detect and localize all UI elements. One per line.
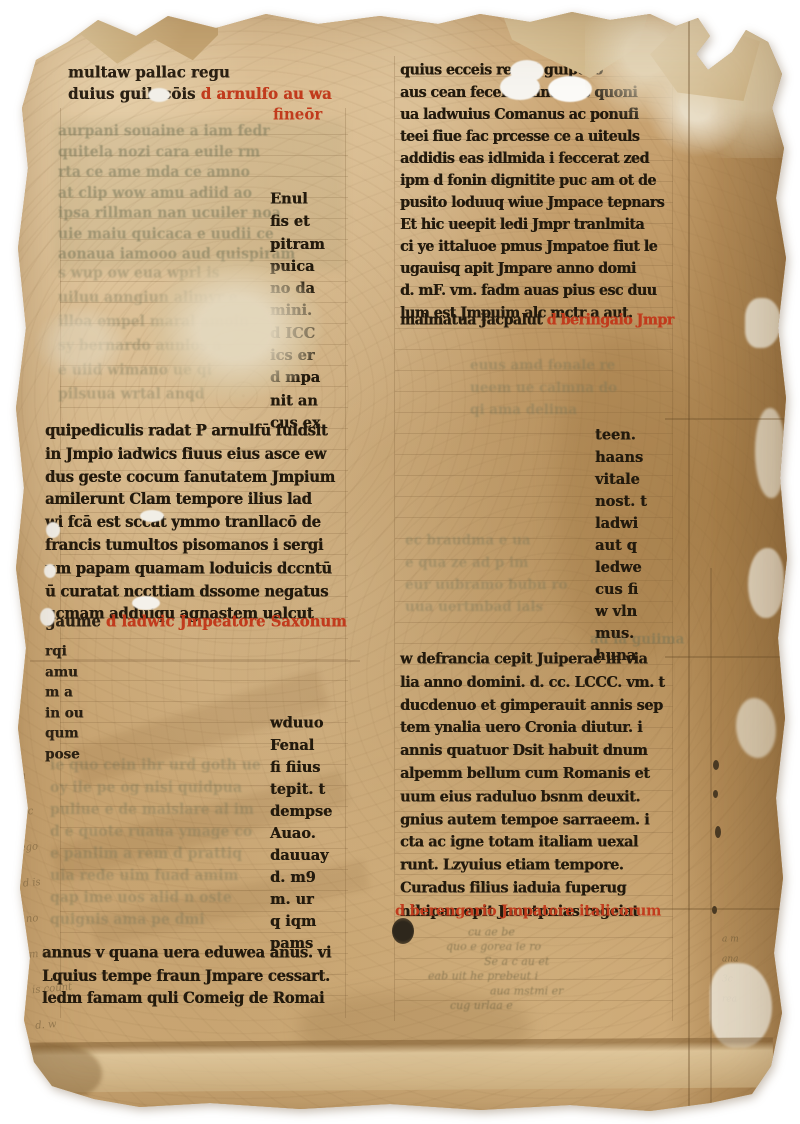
text-line: annis quatuor Dsit habuit dnum — [400, 740, 665, 763]
right-margin-scribbles: a mana3crea — [722, 930, 739, 1010]
text-line: e uiid wimano ue qi — [58, 359, 249, 383]
text-line: Enul — [270, 188, 325, 210]
text-line: Se a c au et — [484, 954, 563, 969]
text-line: Lquius tempe fraun Jmpare cessart. — [42, 965, 331, 988]
text-line: dempse — [270, 800, 332, 822]
text-line: in ou — [45, 703, 83, 723]
corner-mark: c — [680, 30, 694, 46]
text-line: cus fi — [595, 578, 647, 600]
text-line: fi fiius — [270, 756, 332, 778]
text-line: ladwi — [595, 512, 647, 534]
text-line: ego — [18, 828, 61, 867]
text-line: uua uertmbad ials — [405, 596, 567, 618]
text-line: ueem ue calmna do — [470, 377, 617, 399]
text-line: rqi — [45, 642, 83, 662]
abrasion-patch — [736, 698, 776, 758]
wormhole-small — [713, 760, 719, 770]
text-line: Curadus filius iaduia fuperug — [400, 877, 665, 900]
text-line: ua ladwuius Comanus ac ponufi — [400, 104, 664, 126]
text-line: aurpani souaine a iam fedr — [58, 122, 295, 142]
text-line: aua mstmi er — [490, 984, 563, 999]
text-line: d. w — [34, 1005, 77, 1044]
text-line: euus amd fonale re — [470, 355, 617, 377]
left-column-dark-fragments: wduuoFenalfi fiiustepit. tdempseAuao.dau… — [270, 712, 332, 955]
right-column-annotations: cu ae bequo e gorea ie roSe a c au eteab… — [420, 925, 563, 1013]
text-line: quo e gorea ie ro — [446, 940, 563, 955]
text-line: cu ae be — [468, 925, 563, 940]
left-column-faded-block: aurpani souaine a iam fedrquitela nozi c… — [58, 122, 295, 265]
text-line: tepit. t — [270, 778, 332, 800]
text-line: pilsuua wrtal anqd — [58, 383, 249, 407]
text-line: vitale — [595, 468, 647, 490]
text-line: uiluu anngiun alimyr e — [58, 286, 249, 310]
text-line: haans — [595, 446, 647, 468]
text-line: quitela nozi cara euile rm — [58, 142, 295, 162]
crease-horizontal — [665, 656, 788, 658]
text-line: dauuay — [270, 844, 332, 866]
wormhole-small — [715, 826, 721, 838]
text-line: no — [24, 899, 67, 938]
text-line: Et hic ueepit ledi Jmpr tranlmita — [400, 214, 664, 236]
text-line: aut q — [595, 534, 647, 556]
text-line: duius guilacōis — [68, 84, 201, 103]
text-line: sy bernardo aunlos a — [58, 334, 249, 358]
text-line: um papam quamam loduicis dccntū — [45, 557, 335, 580]
text-line: eab uit he prebeut i — [428, 969, 563, 984]
rubric-text: d arnulfo au wa — [201, 84, 332, 103]
abrasion-patch — [710, 963, 772, 1048]
text-line: uia rede uim fuad amim — [50, 865, 261, 887]
text-line: rea — [722, 990, 739, 1010]
text-line: ducdenuo et gimperauit annis sep — [400, 694, 665, 717]
leaf-shadow-wrapper: multaw pallac regu duius guilacōis d arn… — [0, 0, 800, 1124]
wormhole-small — [713, 790, 718, 798]
text-line: runt. Lzyuius etiam tempore. — [400, 854, 665, 877]
text-line: teen. — [595, 424, 647, 446]
text-line: pusito loduuq wiue Jmpace tepnars — [400, 192, 664, 214]
parchment-leaf: multaw pallac regu duius guilacōis d arn… — [10, 8, 788, 1116]
abrasion-patch — [748, 548, 784, 618]
text-line: gnius autem tempoe sarraeem. i — [400, 808, 665, 831]
left-column-edge-fragments: rqiamum ain ouqumpose — [45, 642, 83, 765]
text-line: tem ynalia uero Cronia diutur. i — [400, 717, 665, 740]
text-line: at clip wow amu adiid ao — [58, 183, 295, 203]
turn-in-fold-bottom — [28, 1037, 773, 1092]
text-line: wduuo — [270, 712, 332, 734]
text-line: d e quote ruaua ymage co — [50, 821, 261, 843]
left-column-paragraph: quipediculis radat P arnulfū fuidsitin J… — [45, 420, 335, 626]
abrasion-patch — [745, 298, 781, 348]
text-line: ec braudma e ua — [405, 530, 567, 552]
photo-background: multaw pallac regu duius guilacōis d arn… — [0, 0, 800, 1124]
crease-vertical — [710, 568, 712, 1116]
text-line: ugauisq apit Jmpare anno domi — [400, 258, 664, 280]
left-column-bottom-lines: annus v quana uera eduwea anus. viLquius… — [42, 942, 331, 1010]
text-line: wi fcā est sccat ymmo tranllacō de — [45, 512, 335, 535]
text-line: quipediculis radat P arnulfū fuidsit — [45, 420, 335, 443]
text-line: no da — [270, 277, 325, 299]
text-line: qum — [45, 724, 83, 744]
text-line: lia anno domini. d. cc. LCCC. vm. t — [400, 671, 665, 694]
right-column-rubric-line: malmatua Jacpalut d beringaio Jmpr — [400, 312, 674, 329]
right-column-faded-block: ec braudma e uae qua ze ad p imeur uubra… — [405, 530, 567, 618]
text-line: alpemm bellum cum Romanis et — [400, 762, 665, 785]
text-line: 3c — [722, 970, 739, 990]
text-line: fis et — [270, 210, 325, 232]
stain-bottom-left-corner — [22, 1044, 102, 1099]
right-column-faded-block: euus amd fonale reueem ue calmna doqi am… — [470, 355, 617, 421]
text-line: d ICC — [270, 322, 325, 344]
text-line: qi ama delima — [470, 399, 617, 421]
text-line: q iqm — [270, 910, 332, 932]
rubric-text: d beringaio Jmpr — [547, 312, 674, 329]
rubric-text: d ladwic Jmpeatore Saxonum — [106, 613, 347, 631]
text-line: is count — [31, 970, 74, 1009]
text-line: uie maiu quicaca e uudii ce — [58, 224, 295, 244]
text-line: Auao. — [270, 822, 332, 844]
left-column-dark-fragments: Enulfis etpitrampuicano damini.d ICCics … — [270, 188, 325, 434]
crease-horizontal — [660, 908, 788, 910]
text-line: d. mF. vm. fadm auas pius esc duu — [400, 281, 664, 303]
text-line: Fenal — [270, 734, 332, 756]
right-column-faint-line: au ia guiima — [590, 631, 684, 648]
text-line: soc — [15, 792, 58, 831]
crease-horizontal — [665, 418, 788, 420]
text-line: quignis ama pe dmi — [50, 909, 261, 931]
text-line: eur uubramo bubu ro — [405, 574, 567, 596]
text-line: pitram — [270, 233, 325, 255]
text-line: e panlim a rem d prattiq — [50, 843, 261, 865]
text-line: aus cean feceir adinaluos quoni — [400, 82, 664, 104]
text-line: amilerunt Clam tempore ilius lad — [45, 489, 335, 512]
text-line: oy ile pe og nisi quidpua — [50, 777, 261, 799]
text-line: m ie — [28, 934, 71, 973]
left-column-faded-block: ie quo cein ihr urd goth ueoy ile pe og … — [50, 755, 261, 931]
crease-vertical — [688, 8, 690, 1116]
text-line: m a — [45, 683, 83, 703]
text-line: teei fiue fac prcesse ce a uiteuls — [400, 126, 664, 148]
left-column-rubric-line: gaume d ladwic Jmpeatore Saxonum — [45, 613, 347, 631]
rubric-text: d berengario Jmpatore italicorum — [395, 902, 661, 920]
text-line: puliue e de maislare al im — [50, 799, 261, 821]
text-line-with-rubric: duius guilacōis d arnulfo au wa — [68, 83, 332, 104]
text-line: w vln — [595, 600, 647, 622]
text-line: ipm d fonin dignitite puc am ot de — [400, 170, 664, 192]
wormhole-small — [712, 906, 717, 914]
text-line: s wup ow eua wprl is — [58, 262, 249, 286]
text-line: ū curatat nccttiam dssome negatus — [45, 580, 335, 603]
text-line: m. ur — [270, 888, 332, 910]
text-line: qap ime uos alid n oste — [50, 887, 261, 909]
ruling-vertical-guide — [672, 56, 673, 1021]
left-column-opening-lines: multaw pallac regu duius guilacōis d arn… — [68, 62, 332, 104]
text-line: quius ecceis reau i guipevo — [400, 60, 664, 82]
left-column-faded-block: s wup ow eua wprl isuiluu anngiun alimyr… — [58, 262, 249, 407]
text-line: illoa empel maral amoin — [58, 310, 249, 334]
text-line: d is — [21, 863, 64, 902]
text-line: ie quo cein ihr urd goth ue — [50, 755, 261, 777]
text-line: ci ye ittaluoe pmus Jmpatoe fiut le — [400, 236, 664, 258]
text-line: addidis eas idlmida i feccerat zed — [400, 148, 664, 170]
text-line: francis tumultos pisomanos i sergi — [45, 534, 335, 557]
right-column-paragraph: w defrancia cepit Juiperac in vialia ann… — [400, 648, 665, 923]
text-line: cug urlaa e — [450, 999, 563, 1014]
text-line: dus geste cocum fanutatem Jmpium — [45, 466, 335, 489]
right-column-paragraph: quius ecceis reau i guipevoaus cean fece… — [400, 60, 664, 325]
text-line: e qua ze ad p im — [405, 552, 567, 574]
text-line: d. m9 — [270, 866, 332, 888]
text-line: gaume — [45, 613, 106, 631]
text-line: in Jmpio iadwics fiuus eius asce ew — [45, 443, 335, 466]
text-line: ua — [12, 757, 55, 796]
text-line: a m — [722, 930, 739, 950]
text-line: d mpa — [270, 367, 325, 389]
text-line: ipsa rillman nan ucuiler noa — [58, 204, 295, 224]
text-line: ledwe — [595, 556, 647, 578]
text-line: multaw pallac regu — [68, 62, 332, 83]
ruling-vertical-guide — [345, 108, 346, 1018]
text-line: cta ac igne totam italiam uexal — [400, 831, 665, 854]
text-line: uum eius raduluo bsnm deuxit. — [400, 785, 665, 808]
abrasion-patch — [755, 408, 785, 498]
text-line: rta ce ame mda ce amno — [58, 163, 295, 183]
text-line: ana — [722, 950, 739, 970]
text-line: amu — [45, 662, 83, 682]
text-line: ics er — [270, 345, 325, 367]
text-line: ledm famam quli Comeig de Romai — [42, 987, 331, 1010]
text-line: malmatua Jacpalut — [400, 312, 547, 329]
text-line: w defrancia cepit Juiperac in via — [400, 648, 665, 671]
ruling-vertical-guide — [394, 56, 395, 1021]
text-line: mini. — [270, 300, 325, 322]
text-line: nost. t — [595, 490, 647, 512]
text-line: puica — [270, 255, 325, 277]
text-line: annus v quana uera eduwea anus. vi — [42, 942, 331, 965]
text-line: nit an — [270, 389, 325, 411]
